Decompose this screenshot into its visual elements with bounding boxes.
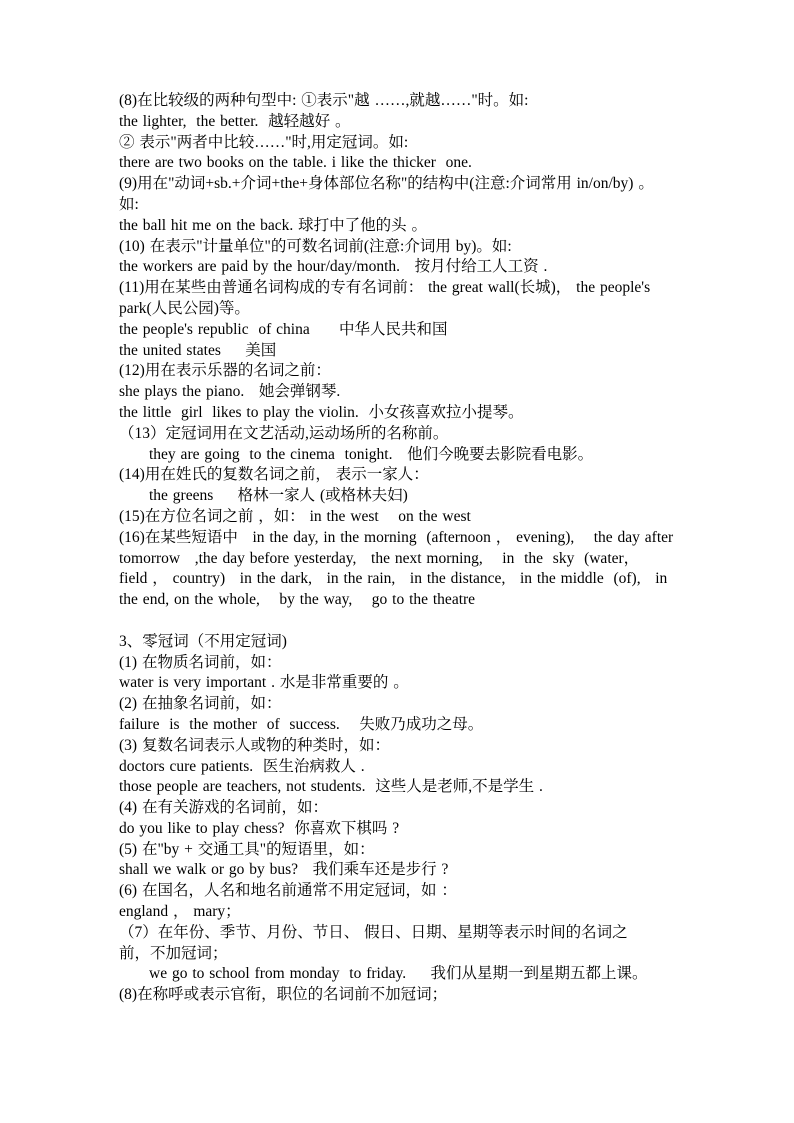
text-line: they are going to the cinema tonight. 他们… — [119, 445, 682, 466]
text-line: 前，不加冠词； — [119, 944, 682, 965]
text-line: we go to school from monday to friday. 我… — [119, 964, 682, 985]
text-line: (8)在称呼或表示官衔，职位的名词前不加冠词； — [119, 985, 682, 1006]
text-line: those people are teachers, not students.… — [119, 777, 682, 798]
text-line: she plays the piano. 她会弹钢琴. — [119, 382, 682, 403]
text-line: (3) 复数名词表示人或物的种类时，如： — [119, 736, 682, 757]
text-line: 3、零冠词（不用定冠词) — [119, 632, 682, 653]
text-line: (12)用在表示乐器的名词之前： — [119, 361, 682, 382]
text-line: england ， mary； — [119, 902, 682, 923]
text-line: field ， country) in the dark, in the rai… — [119, 569, 682, 590]
text-line: the united states 美国 — [119, 341, 682, 362]
text-line: the ball hit me on the back. 球打中了他的头 。 — [119, 216, 682, 237]
text-line: failure is the mother of success. 失败乃成功之… — [119, 715, 682, 736]
text-line: the little girl likes to play the violin… — [119, 403, 682, 424]
text-line: doctors cure patients. 医生治病救人 . — [119, 757, 682, 778]
text-line: the end, on the whole, by the way, go to… — [119, 590, 682, 611]
text-line: do you like to play chess? 你喜欢下棋吗 ? — [119, 819, 682, 840]
text-line: (1) 在物质名词前，如： — [119, 653, 682, 674]
text-line: water is very important . 水是非常重要的 。 — [119, 673, 682, 694]
document-body: (8)在比较级的两种句型中: ①表示"越 ……,就越……"时。如:the lig… — [119, 91, 682, 1006]
text-line: (16)在某些短语中 in the day, in the morning (a… — [119, 528, 682, 549]
text-line: (15)在方位名词之前 ，如： in the west on the west — [119, 507, 682, 528]
text-line: (6) 在国名，人名和地名前通常不用定冠词，如 ： — [119, 881, 682, 902]
text-line: the workers are paid by the hour/day/mon… — [119, 257, 682, 278]
text-line: shall we walk or go by bus? 我们乘车还是步行 ? — [119, 860, 682, 881]
text-line: the greens 格林一家人 (或格林夫妇) — [119, 486, 682, 507]
document-page: (8)在比较级的两种句型中: ①表示"越 ……,就越……"时。如:the lig… — [0, 0, 794, 1123]
text-line: the people's republic of china 中华人民共和国 — [119, 320, 682, 341]
text-line: （7）在年份、季节、月份、节日、 假日、日期、星期等表示时间的名词之 — [119, 923, 682, 944]
blank-line — [119, 611, 682, 632]
text-line: （13）定冠词用在文艺活动,运动场所的名称前。 — [119, 424, 682, 445]
text-line: 如: — [119, 195, 682, 216]
text-line: (2) 在抽象名词前，如： — [119, 694, 682, 715]
text-line: (14)用在姓氏的复数名词之前， 表示一家人： — [119, 465, 682, 486]
text-line: (11)用在某些由普通名词构成的专有名词前： the great wall(长城… — [119, 278, 682, 299]
text-line: ② 表示"两者中比较……"时,用定冠词。如: — [119, 133, 682, 154]
text-line: (9)用在"动词+sb.+介词+the+身体部位名称"的结构中(注意:介词常用 … — [119, 174, 682, 195]
text-line: (8)在比较级的两种句型中: ①表示"越 ……,就越……"时。如: — [119, 91, 682, 112]
text-line: (4) 在有关游戏的名词前，如： — [119, 798, 682, 819]
text-line: there are two books on the table. i like… — [119, 153, 682, 174]
text-line: park(人民公园)等。 — [119, 299, 682, 320]
text-line: (5) 在"by + 交通工具"的短语里，如： — [119, 840, 682, 861]
text-line: (10) 在表示"计量单位"的可数名词前(注意:介词用 by)。如: — [119, 237, 682, 258]
text-line: tomorrow ,the day before yesterday, the … — [119, 549, 682, 570]
text-line: the lighter, the better. 越轻越好 。 — [119, 112, 682, 133]
